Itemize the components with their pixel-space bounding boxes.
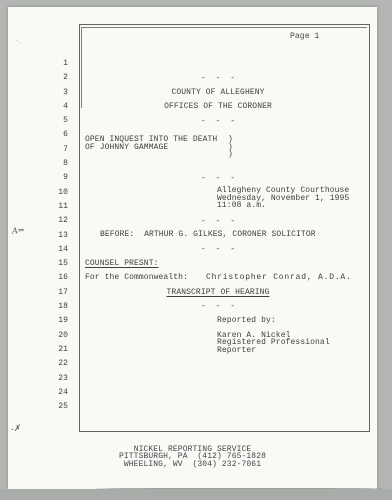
caption-bracket: ) <box>228 150 233 159</box>
line-number: 22 <box>44 359 68 373</box>
caption-line-2: OF JOHNNY GAMMAGE <box>85 143 168 152</box>
footer-wheeling-phone: WHEELING, WV (304) 232-7061 <box>8 460 377 469</box>
dash-separator: - - - <box>85 117 351 126</box>
line-number: 1 <box>44 59 68 73</box>
handwritten-mark-bottom: -✗ <box>10 423 21 433</box>
line-number: 14 <box>44 245 68 259</box>
line-number: 7 <box>44 145 68 159</box>
line-number: 5 <box>44 116 68 130</box>
line-number: 6 <box>44 130 68 144</box>
reporter-title-2: Reporter <box>217 346 256 355</box>
line-number: 18 <box>44 302 68 316</box>
reported-by-label: Reported by: <box>217 316 276 325</box>
line-number: 20 <box>44 331 68 345</box>
line-number: 16 <box>44 273 68 287</box>
line-number-column: 1234567891011121314151617181920212223242… <box>44 59 68 416</box>
counsel-attorney-name: Christopher Conrad, A.D.A. <box>206 273 352 282</box>
line-number: 2 <box>44 73 68 87</box>
scanned-document: ¨· A⇒ -✗ 1234567891011121314151617181920… <box>0 0 392 500</box>
line-number: 3 <box>44 88 68 102</box>
before-line: BEFORE: ARTHUR G. GILKES, CORONER SOLICI… <box>100 230 316 239</box>
transcript-heading: TRANSCRIPT OF HEARING <box>85 288 351 297</box>
office-title: OFFICES OF THE CORONER <box>85 102 351 111</box>
counsel-for-label: For the Commonwealth: <box>85 273 188 282</box>
line-number: 24 <box>44 388 68 402</box>
line-number: 8 <box>44 159 68 173</box>
line-number: 9 <box>44 173 68 187</box>
line-number: 21 <box>44 345 68 359</box>
counsel-heading: COUNSEL PRESNT: <box>85 259 159 268</box>
line-number: 4 <box>44 102 68 116</box>
dash-separator: - - - <box>85 217 351 226</box>
line-number: 11 <box>44 202 68 216</box>
dash-separator: - - - <box>85 174 351 183</box>
page-number-label: Page 1 <box>290 32 319 41</box>
line-number: 25 <box>44 402 68 416</box>
handwritten-mark-middle: A⇒ <box>12 225 25 235</box>
line-number: 23 <box>44 374 68 388</box>
dash-separator: - - - <box>85 302 351 311</box>
dash-separator: - - - <box>85 245 351 254</box>
dash-separator: - - - <box>85 74 351 83</box>
line-number: 19 <box>44 316 68 330</box>
line-number: 10 <box>44 188 68 202</box>
line-number: 12 <box>44 216 68 230</box>
venue-line-3: 11:08 a.m. <box>217 201 266 210</box>
scan-bottom-edge <box>0 489 392 500</box>
court-title: COUNTY OF ALLEGHENY <box>85 88 351 97</box>
line-number: 13 <box>44 231 68 245</box>
line-number: 15 <box>44 259 68 273</box>
line-number: 17 <box>44 288 68 302</box>
